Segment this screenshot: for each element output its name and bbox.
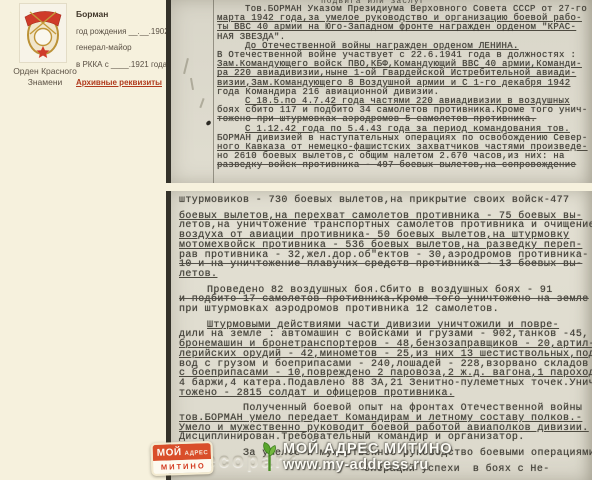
doc-line: летов. <box>179 270 592 280</box>
person-name: Борман <box>76 9 166 19</box>
pencil-mark <box>190 78 194 90</box>
person-info: Борман год рождения __.__.1902 генерал-м… <box>76 9 166 87</box>
leaf-icon <box>262 442 277 472</box>
document-scan-1: подвига или заслуг Тов.БОРМАН Указом Пре… <box>166 0 592 183</box>
pencil-mark <box>183 58 188 74</box>
watermark-title: МОЙ АДРЕС МИТИНО <box>283 441 452 457</box>
logo-word-mitino: МИТИНО <box>153 459 211 474</box>
margin-rule-line <box>213 0 214 183</box>
my-address-mitino-logo[interactable]: МОЙ АДРЕС МИТИНО <box>150 441 213 476</box>
ink-blot <box>205 120 211 126</box>
doc2-text: штурмовиков - 730 боевых вылетов,на прик… <box>179 196 592 475</box>
pencil-mark <box>199 98 204 108</box>
person-rkka: в РККА с ____.1921 года <box>76 60 166 69</box>
doc-line: тожено - 2815 солдат и офицеров противни… <box>179 389 592 399</box>
medal-graphic <box>20 4 66 62</box>
watermark-url: www.my-address.ru <box>283 457 452 473</box>
logo-word-moy: МОЙ <box>157 447 182 459</box>
person-rank: генерал-майор <box>76 43 166 52</box>
doc-line: штурмовиков - 730 боевых вылетов,на прик… <box>179 196 592 206</box>
archive-details-link[interactable]: Архивные реквизиты <box>76 78 162 87</box>
sidebar: Орден Красного Знамени Борман год рожден… <box>0 0 166 480</box>
site-watermark: МОЙ АДРЕС МИТИНО www.my-address.ru <box>262 441 452 473</box>
doc-line: разведку войск противника - 497 боевых в… <box>217 161 588 170</box>
order-red-banner-image[interactable] <box>19 3 67 63</box>
doc-line: при штурмовках аэродромов противника 12 … <box>179 305 592 315</box>
document-scan-2: штурмовиков - 730 боевых вылетов,на прик… <box>166 191 592 480</box>
logo-word-adres: АДРЕС <box>185 450 209 457</box>
page: Орден Красного Знамени Борман год рожден… <box>0 0 592 480</box>
doc-line: 10 и на уничтожение плавучих средств про… <box>179 260 592 270</box>
person-birth: год рождения __.__.1902 <box>76 27 166 36</box>
doc1-text: Тов.БОРМАН Указом Президиума Верховного … <box>217 5 588 171</box>
